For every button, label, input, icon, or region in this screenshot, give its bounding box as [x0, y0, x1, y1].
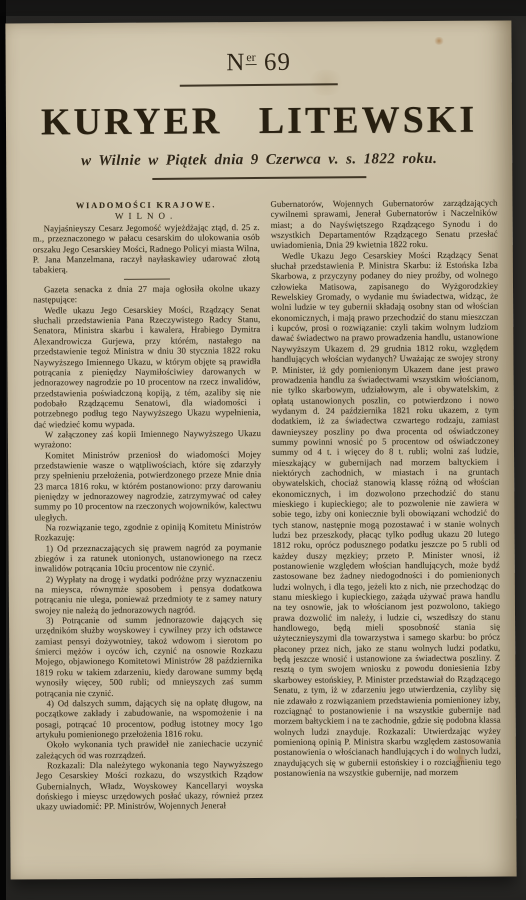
lead-paragraph: Nayjaśnieyszy Cesarz Jegomość wyjeżdżają…: [33, 222, 260, 275]
paragraph: Gazeta senacka z dnia 27 maja ogłosiła o…: [33, 283, 260, 305]
paragraph-divider: [123, 278, 169, 280]
paragraph: 3) Potrącanie od summ jednorazowie dając…: [35, 614, 263, 698]
paragraph: W załączoney zaś kopii Imiennego Naywyżs…: [34, 428, 261, 450]
city-subheader: WILNO.: [33, 210, 260, 222]
masthead-rule-bottom: [152, 176, 366, 180]
continuation-paragraph: Gubernatorów, Wojennych Gubernatorów zar…: [270, 198, 497, 251]
newspaper-title: KURYER LITEWSKI: [6, 97, 512, 144]
article-columns: WIADOMOŚCI KRAJOWE. WILNO. Nayjaśnieyszy…: [32, 198, 501, 812]
masthead-rule-top: [180, 83, 338, 87]
right-column: Gubernatorów, Wojennych Gubernatorów zar…: [270, 198, 501, 811]
paragraph: Na rozwiązanie tego, zgodnie z opiniją K…: [34, 521, 261, 543]
issue-value: 69: [264, 49, 291, 76]
left-column-body: Gazeta senacka z dnia 27 maja ogłosiła o…: [33, 283, 263, 812]
left-column: WIADOMOŚCI KRAJOWE. WILNO. Nayjaśnieyszy…: [32, 199, 263, 812]
paragraph: Około wykonania tych prawideł nie zaniec…: [36, 738, 263, 760]
masthead: Ner 69 KURYER LITEWSKI w Wilnie w Piątek…: [6, 47, 513, 180]
newspaper-page: Ner 69 KURYER LITEWSKI w Wilnie w Piątek…: [5, 20, 516, 879]
right-column-body: Wedle Ukazu Jego Cesarskiey Mości Rządzą…: [271, 249, 501, 778]
paragraph: 4) Od dalszych summ, dających się na opł…: [36, 697, 263, 740]
scan-top-shadow: [0, 0, 526, 16]
scan-background: Ner 69 KURYER LITEWSKI w Wilnie w Piątek…: [0, 0, 526, 900]
paragraph: Komitet Ministrów przeniosł do wiadomośc…: [34, 449, 261, 523]
paragraph: Wedle Ukazu Jego Cesarskiey Mości Rządzą…: [271, 249, 501, 778]
paragraph: Wedle ukazu Jego Cesarskiey Mości, Rządz…: [33, 304, 261, 430]
dateline: w Wilnie w Piątek dnia 9 Czerwca v. s. 1…: [6, 150, 512, 170]
paragraph: 2) Wypłaty na drogę i wydatki podróżne p…: [35, 573, 262, 616]
issue-prefix: N: [226, 49, 245, 76]
paragraph: Rozkazali: Dla należytego wykonania tego…: [36, 759, 263, 812]
issue-superscript: er: [245, 50, 256, 65]
paper-stain: [433, 37, 444, 45]
paragraph: 1) Od przeznaczających się prawem nagród…: [35, 542, 262, 574]
issue-number: Ner 69: [6, 47, 512, 78]
